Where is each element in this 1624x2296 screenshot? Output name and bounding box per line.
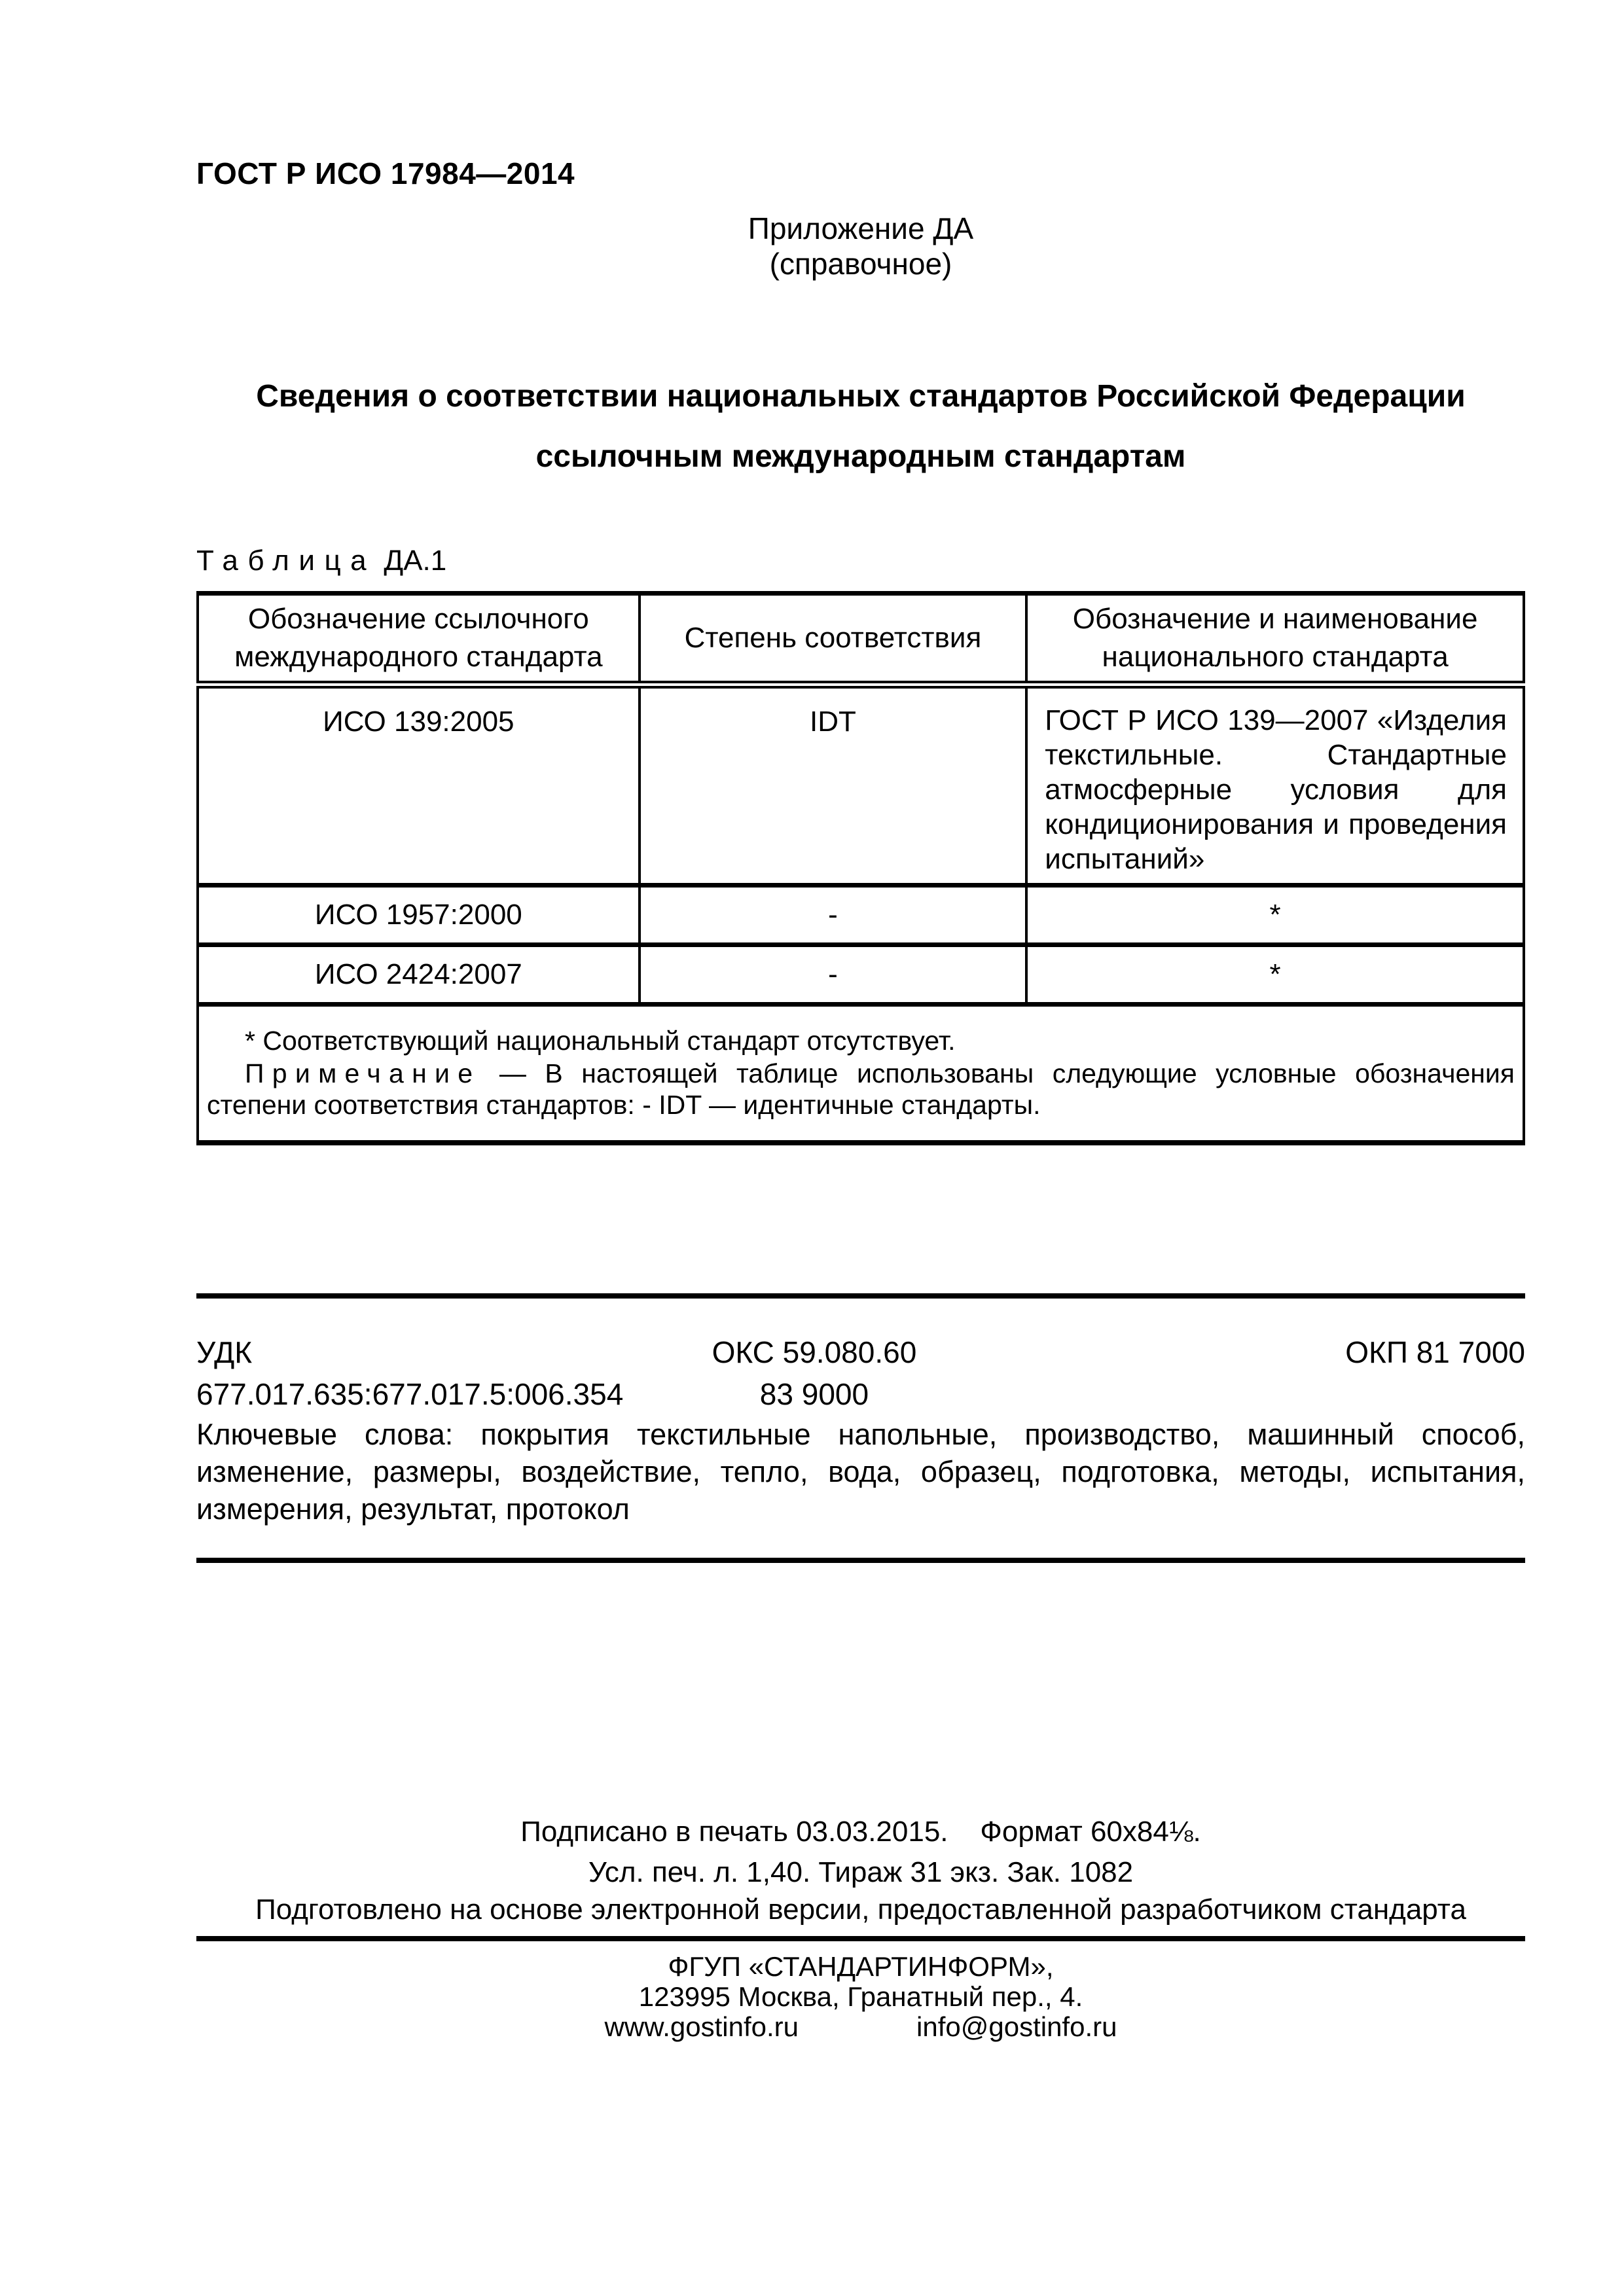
footnote-star: * Соответствующий национальный стандарт … xyxy=(207,1025,1515,1056)
annex-heading: Приложение ДА (справочное) xyxy=(196,211,1525,281)
cell-degree: - xyxy=(640,945,1027,1005)
correspondence-table: Обозначение ссылочного международного ст… xyxy=(196,591,1525,1145)
table-row: ИСО 1957:2000 - * xyxy=(198,886,1524,945)
horizontal-rule-above-publisher xyxy=(196,1936,1525,1941)
note-label: Примечание xyxy=(245,1058,480,1088)
udk-code: УДК 677.017.635:677.017.5:006.354 xyxy=(196,1331,635,1415)
horizontal-rule-below-keywords xyxy=(196,1558,1525,1563)
table-caption-number: ДА.1 xyxy=(384,545,446,577)
cell-reference-standard: ИСО 2424:2007 xyxy=(198,945,640,1005)
column-header-national-standard: Обозначение и наименование национального… xyxy=(1026,594,1524,685)
classification-codes: УДК 677.017.635:677.017.5:006.354 ОКС 59… xyxy=(196,1331,1525,1415)
table-caption-word: Таблица xyxy=(196,545,376,577)
oks-code: ОКС 59.080.60 83 9000 xyxy=(635,1331,994,1415)
publisher-website: www.gostinfo.ru xyxy=(605,2012,799,2042)
prepared-note: Подготовлено на основе электронной верси… xyxy=(196,1893,1525,1926)
oks-line1: ОКС 59.080.60 xyxy=(635,1331,994,1373)
table-header-row: Обозначение ссылочного международного ст… xyxy=(198,594,1524,685)
table-row: ИСО 139:2005 IDT ГОСТ Р ИСО 139—2007 «Из… xyxy=(198,685,1524,886)
cell-national-standard: ГОСТ Р ИСО 139—2007 «Изделия текстильные… xyxy=(1026,685,1524,886)
publisher-email: info@gostinfo.ru xyxy=(916,2012,1117,2042)
print-imprint: Подписано в печать 03.03.2015. Формат 60… xyxy=(196,1812,1525,1893)
horizontal-rule-above-codes xyxy=(196,1293,1525,1299)
imprint-line2: Усл. печ. л. 1,40. Тираж 31 экз. Зак. 10… xyxy=(196,1852,1525,1893)
cell-degree: - xyxy=(640,886,1027,945)
column-header-degree: Степень соответствия xyxy=(640,594,1027,685)
imprint-line1: Подписано в печать 03.03.2015. Формат 60… xyxy=(196,1812,1525,1852)
cell-national-standard: * xyxy=(1026,886,1524,945)
annex-title-line1: Сведения о соответствии национальных ста… xyxy=(196,367,1525,427)
table-footnote-row: * Соответствующий национальный стандарт … xyxy=(198,1005,1524,1143)
publisher-contacts: www.gostinfo.ru info@gostinfo.ru xyxy=(196,2012,1525,2042)
cell-degree: IDT xyxy=(640,685,1027,886)
okp-code: ОКП 81 7000 xyxy=(994,1331,1525,1415)
table-row: ИСО 2424:2007 - * xyxy=(198,945,1524,1005)
oks-line2: 83 9000 xyxy=(635,1373,994,1415)
cell-reference-standard: ИСО 1957:2000 xyxy=(198,886,640,945)
annex-label: Приложение ДА xyxy=(196,211,1525,246)
cell-reference-standard: ИСО 139:2005 xyxy=(198,685,640,886)
column-header-reference-standard: Обозначение ссылочного международного ст… xyxy=(198,594,640,685)
keywords-paragraph: Ключевые слова: покрытия текстильные нап… xyxy=(196,1416,1525,1528)
annex-title-line2: ссылочным международным стандартам xyxy=(196,427,1525,487)
publisher-block: ФГУП «СТАНДАРТИНФОРМ», 123995 Москва, Гр… xyxy=(196,1952,1525,2042)
cell-national-standard: * xyxy=(1026,945,1524,1005)
document-page: ГОСТ Р ИСО 17984—2014 Приложение ДА (спр… xyxy=(0,0,1624,2296)
table-note: Примечание — В настоящей таблице использ… xyxy=(207,1058,1515,1121)
table-caption: Таблица ДА.1 xyxy=(196,545,1525,577)
annex-type: (справочное) xyxy=(196,246,1525,281)
publisher-name: ФГУП «СТАНДАРТИНФОРМ», xyxy=(196,1952,1525,1982)
table-footnote-cell: * Соответствующий национальный стандарт … xyxy=(198,1005,1524,1143)
publisher-address: 123995 Москва, Гранатный пер., 4. xyxy=(196,1982,1525,2012)
document-code: ГОСТ Р ИСО 17984—2014 xyxy=(196,156,1525,191)
annex-title: Сведения о соответствии национальных ста… xyxy=(196,367,1525,487)
